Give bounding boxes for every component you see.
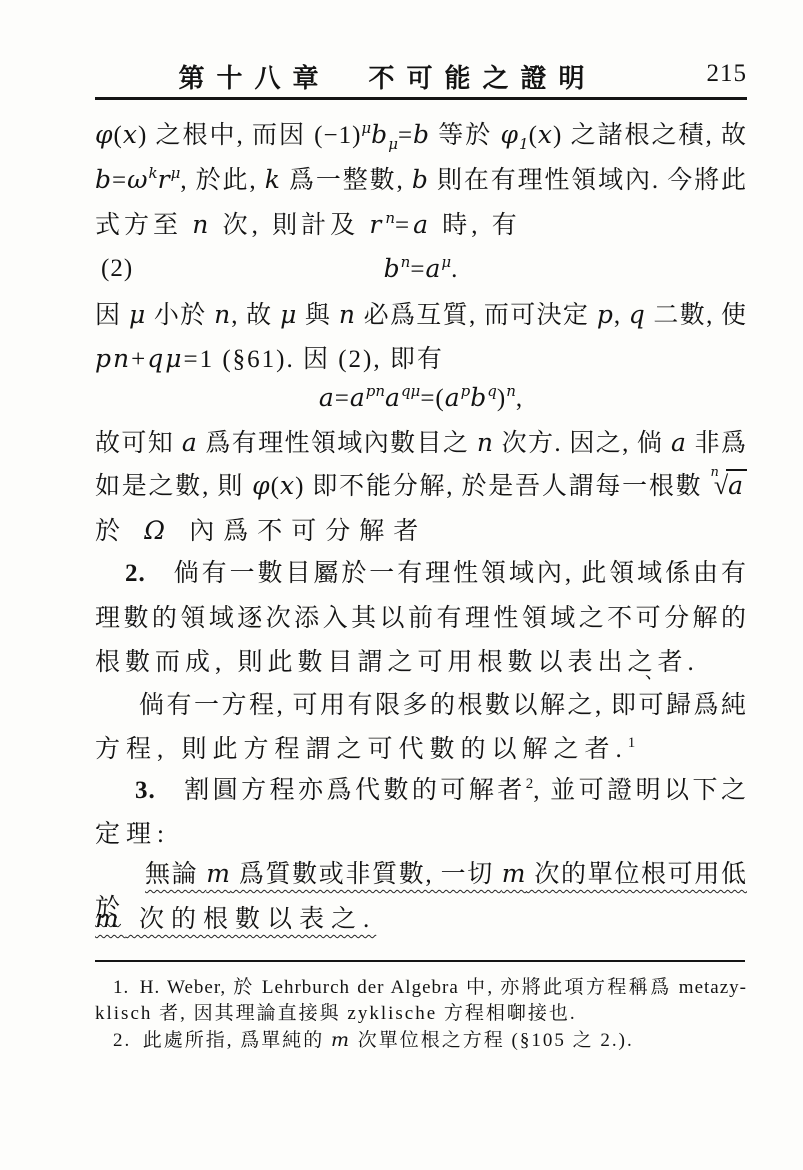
footnote-line: 1. H. Weber, 於 Lehrburch der Algebra 中, … xyxy=(95,975,747,1001)
text-line: 倘有一方程, 可用有限多的根數以解之, 即可歸爲純 xyxy=(95,689,747,723)
header-rule xyxy=(95,97,747,100)
footnote-rule xyxy=(95,960,745,962)
text-line: 3. 割圓方程亦爲代數的可解者2, 並可證明以下之 xyxy=(95,774,747,808)
text-line: 2. 倘有一數目屬於一有理性領域內, 此領域係由有 xyxy=(95,557,747,591)
chapter-title: 第十八章 不可能之證明 xyxy=(95,58,680,95)
text-line: 於 Ω 內爲不可分解者 xyxy=(95,514,747,549)
text-line: 因 μ 小於 n, 故 μ 與 n 必爲互質, 而可決定 p, q 二數, 使 xyxy=(95,298,747,333)
text-line: pn+qμ=1 (§61). 因 (2), 即有 xyxy=(95,342,747,377)
equation-number: (2) xyxy=(101,252,133,286)
text-line: 式方至 n 次, 則計及 rn=a 時, 有 xyxy=(95,208,747,243)
text-line: 故可知 a 爲有理性領域內數目之 n 次方. 因之, 倘 a 非爲 xyxy=(95,426,747,461)
text-line: b=ωkrμ, 於此, k 爲一整數, b 則在有理性領域內. 今將此 xyxy=(95,163,747,198)
text-line: 方程, 則此方程謂之可代數的以解之者.1 xyxy=(95,733,747,767)
text-line: (2)bn=aμ. xyxy=(95,252,747,287)
text-line: 理數的領域逐次添入其以前有理性領域之不可分解的 xyxy=(95,602,747,636)
footnote-line: 2. 此處所指, 爲單純的 m 次單位根之方程 (§105 之 2.). xyxy=(95,1027,747,1054)
footnote-line: klisch 者, 因其理論直接與 zyklische 方程相啣接也. xyxy=(95,1001,747,1027)
text-line: m 次的根數以表之. xyxy=(95,902,747,937)
book-page: 第十八章 不可能之證明 215 φ(x) 之根中, 而因 (−1)μbμ=b 等… xyxy=(0,0,803,1170)
text-line: φ(x) 之根中, 而因 (−1)μbμ=b 等於 φ1(x) 之諸根之積, 故 xyxy=(95,118,747,153)
page-number: 215 xyxy=(600,60,747,88)
text-line: 如是之數, 則 φ(x) 即不能分解, 於是吾人謂每一根數 n√a xyxy=(95,469,747,504)
text-line: 定理: xyxy=(95,818,747,852)
stray-comma-mark: 、 xyxy=(645,658,663,684)
text-line: a=apnaqμ=(apbq)n, xyxy=(95,381,747,416)
nth-root-radical: n√a xyxy=(710,473,747,500)
